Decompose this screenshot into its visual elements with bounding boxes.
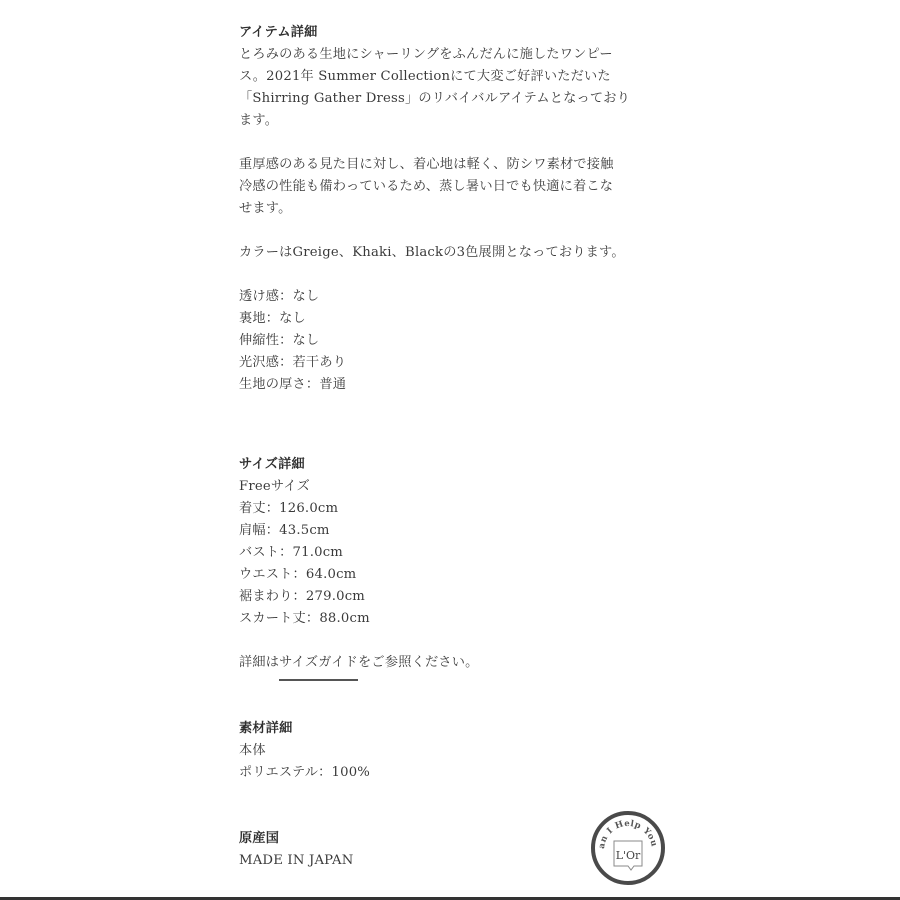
description-line: とろみのある生地にシャーリングをふんだんに施したワンピー — [239, 44, 669, 66]
measurement-length: 着丈：126.0cm — [239, 498, 669, 520]
fabric-attributes: 透け感：なし 裏地：なし 伸縮性：なし 光沢感：若干あり 生地の厚さ：普通 — [239, 286, 669, 396]
material-part: 本体 — [239, 740, 669, 762]
comfort-line: 冷感の性能も備わっているため、蒸し暑い日でも快適に着こな — [239, 176, 669, 198]
comfort-line: 重厚感のある見た目に対し、着心地は軽く、防シワ素材で接触 — [239, 154, 669, 176]
material-composition: ポリエステル：100% — [239, 762, 669, 784]
attribute-sheerness: 透け感：なし — [239, 286, 669, 308]
item-details-section: アイテム詳細 とろみのある生地にシャーリングをふんだんに施したワンピー ス。20… — [239, 22, 669, 396]
material-details-title: 素材詳細 — [239, 718, 669, 740]
size-guide-note: 詳細はサイズガイドをご参照ください。 — [239, 652, 669, 674]
measurement-hem: 裾まわり：279.0cm — [239, 586, 669, 608]
attribute-stretch: 伸縮性：なし — [239, 330, 669, 352]
help-badge[interactable]: Can I Help You ? L'Or — [590, 810, 666, 886]
help-badge-icon: Can I Help You ? L'Or — [590, 810, 666, 886]
attribute-lining: 裏地：なし — [239, 308, 669, 330]
comfort-line: せます。 — [239, 198, 669, 220]
attribute-thickness: 生地の厚さ：普通 — [239, 374, 669, 396]
size-details-title: サイズ詳細 — [239, 454, 669, 476]
comfort-description: 重厚感のある見た目に対し、着心地は軽く、防シワ素材で接触 冷感の性能も備わってい… — [239, 154, 669, 220]
measurement-bust: バスト：71.0cm — [239, 542, 669, 564]
attribute-gloss: 光沢感：若干あり — [239, 352, 669, 374]
measurement-waist: ウエスト：64.0cm — [239, 564, 669, 586]
color-options: カラーはGreige、Khaki、Blackの3色展開となっております。 — [239, 242, 669, 264]
product-details: アイテム詳細 とろみのある生地にシャーリングをふんだんに施したワンピー ス。20… — [239, 22, 669, 872]
description-line: ス。2021年 Summer Collectionにて大変ご好評いただいた — [239, 66, 669, 88]
description-line: 「Shirring Gather Dress」のリバイバルアイテムとなっており — [239, 88, 669, 110]
badge-label: L'Or — [616, 849, 641, 862]
size-name: Freeサイズ — [239, 476, 669, 498]
measurements-list: 着丈：126.0cm 肩幅：43.5cm バスト：71.0cm ウエスト：64.… — [239, 498, 669, 630]
material-details-section: 素材詳細 本体 ポリエステル：100% — [239, 718, 669, 784]
size-guide-link[interactable]: サイズガイド — [279, 652, 358, 674]
size-details-section: サイズ詳細 Freeサイズ 着丈：126.0cm 肩幅：43.5cm バスト：7… — [239, 454, 669, 674]
description-line: ます。 — [239, 110, 669, 132]
size-guide-prefix: 詳細は — [239, 655, 279, 670]
item-details-title: アイテム詳細 — [239, 22, 669, 44]
measurement-shoulder: 肩幅：43.5cm — [239, 520, 669, 542]
size-guide-suffix: をご参照ください。 — [358, 655, 479, 670]
measurement-skirt-length: スカート丈：88.0cm — [239, 608, 669, 630]
item-description: とろみのある生地にシャーリングをふんだんに施したワンピー ス。2021年 Sum… — [239, 44, 669, 132]
